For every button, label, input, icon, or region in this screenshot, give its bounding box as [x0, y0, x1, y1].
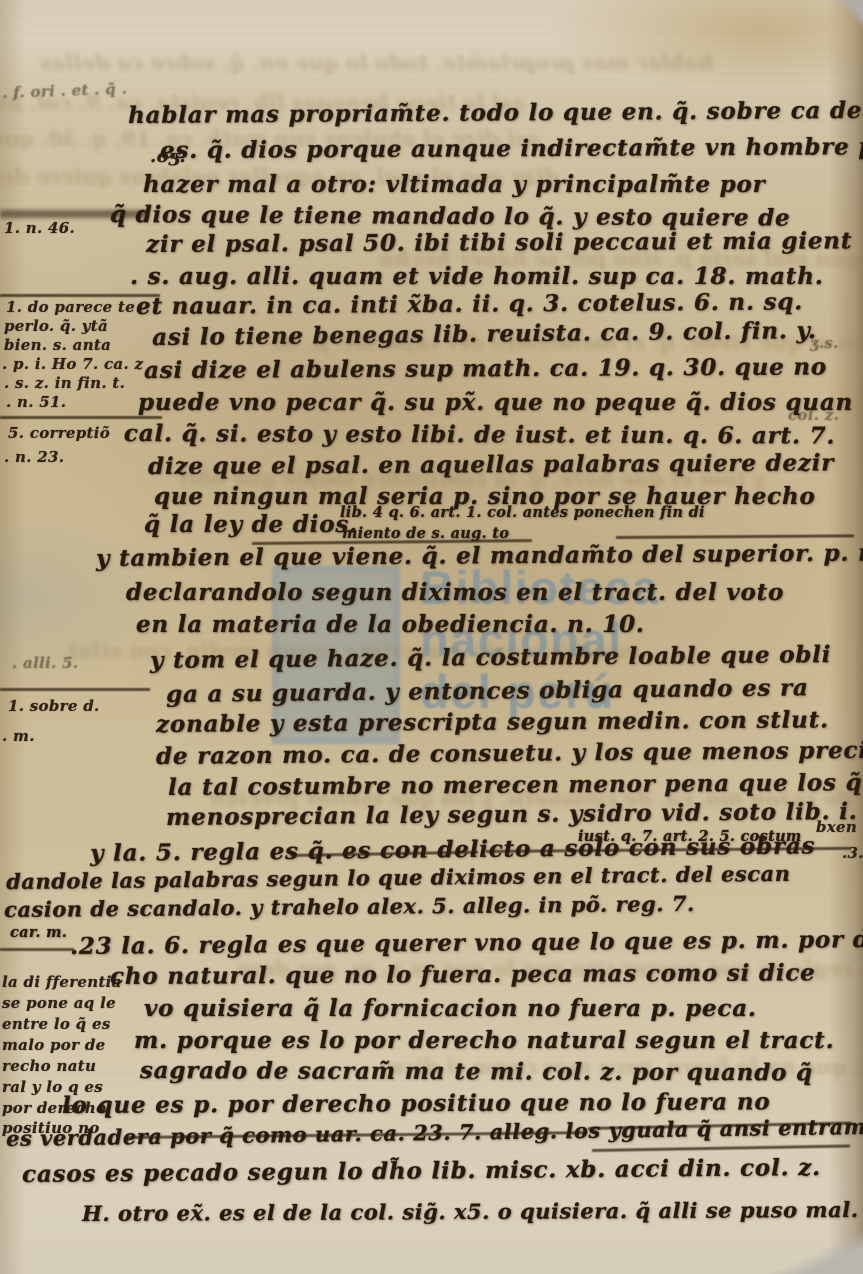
photo-background-corner: [768, 1232, 863, 1274]
margin-note: malo por de: [2, 1038, 105, 1053]
manuscript-line: m. porque es lo por derecho natural segu…: [134, 1029, 834, 1052]
manuscript-line: cal. q̃. si. esto y esto libi. de iust. …: [124, 422, 835, 447]
ink-rule: [592, 1144, 850, 1152]
manuscript-line: dandole las palabras segun lo que diximo…: [6, 863, 791, 892]
manuscript-line: casion de scandalo. y trahelo alex. 5. a…: [4, 893, 695, 920]
manuscript-line: et nauar. in ca. inti x̃ba. ii. q. 3. co…: [136, 290, 803, 318]
manuscript-line: lib. 4 q. 6. art. 1. col. antes ponechen…: [340, 506, 705, 521]
ink-rule: [616, 534, 854, 539]
margin-note: . n. 51.: [6, 395, 66, 410]
margin-note: entre lo q̃ es: [2, 1017, 111, 1032]
manuscript-line: es. q̃. dios porque aunque indirectam̃te…: [160, 135, 863, 162]
manuscript-line: cho natural. que no lo fuera. peca mas c…: [110, 961, 816, 988]
manuscript-line: zonable y esta prescripta segun medin. c…: [156, 708, 829, 736]
manuscript-line: es verdadera por q̃ como uar. ca. 23. 7.…: [6, 1116, 863, 1149]
manuscript-line: q̃ la ley de dios.: [144, 513, 358, 536]
manuscript-line: sagrado de sacram̃ ma te mi. col. z. por…: [140, 1059, 813, 1084]
margin-note: 1. sobre d.: [8, 699, 100, 714]
manuscript-page: Biblioteca nacional del perú hablar mas …: [0, 0, 863, 1274]
margin-note: bien. s. anta: [4, 338, 111, 353]
margin-note: recho natu: [2, 1059, 96, 1074]
bleed-through-text: hablar mas propriam̃te. todo lo que en. …: [40, 52, 713, 73]
ink-rule: [0, 948, 74, 951]
margin-note: 1. n. 46.: [4, 221, 75, 236]
manuscript-line: la tal costumbre no merecen menor pena q…: [168, 771, 863, 799]
manuscript-line: dize que el psal. en aquellas palabras q…: [148, 451, 834, 478]
margin-note: 1. do parece te: [6, 300, 135, 315]
manuscript-line: y tom el que haze. q̃. la costumbre loab…: [150, 643, 831, 672]
ink-rule: [0, 416, 162, 419]
margin-note: se pone aq le: [2, 996, 116, 1011]
margin-note: perlo. q̃. ytã: [4, 319, 108, 334]
margin-note: . n. 23.: [4, 450, 64, 465]
manuscript-line: q̃ dios que le tiene mandado lo q̃. y es…: [110, 203, 791, 230]
manuscript-line: menosprecian la ley segun s. ysidro vid.…: [166, 800, 863, 829]
manuscript-line: ga a su guarda. y entonces obliga quando…: [166, 676, 809, 706]
manuscript-line: declarandolo segun diximos en el tract. …: [126, 581, 784, 604]
manuscript-line: hazer mal a otro: vltimada y principalm̃…: [143, 173, 766, 196]
manuscript-line: hablar mas propriam̃te. todo lo que en. …: [128, 99, 863, 127]
margin-note: . alli. 5.: [12, 656, 78, 671]
manuscript-line: H. otro ex̃. es el de la col. sig̃. x5. …: [82, 1199, 859, 1224]
manuscript-line: . s. aug. alli. quam et vide homil. sup …: [130, 265, 824, 288]
manuscript-line: zir el psal. psal 50. ibi tibi soli pecc…: [146, 229, 852, 256]
margin-note: . s. z. in fin. t.: [4, 376, 125, 391]
margin-note: . p. i. Ho 7. ca. z: [2, 357, 143, 372]
manuscript-line: lo que es p. por derecho positiuo que no…: [62, 1090, 771, 1117]
manuscript-line: car. m.: [10, 926, 67, 941]
manuscript-line: casos es pecado segun lo dh̃o lib. misc.…: [22, 1156, 821, 1186]
manuscript-line: vo quisiera q̃ la fornicacion no fuera p…: [144, 997, 757, 1020]
margin-note: 5. correptiõ: [8, 426, 110, 441]
manuscript-line: puede vno pecar q̃. su px̃. que no peque…: [138, 391, 853, 414]
ink-rule: [0, 688, 150, 691]
manuscript-line: y la. 5. regla es q̃. es con delicto a s…: [90, 834, 815, 865]
manuscript-line: asi dize el abulens sup math. ca. 19. q.…: [144, 355, 827, 382]
photo-background-corner: [837, 0, 863, 30]
manuscript-line: .23 la. 6. regla es que querer vno que l…: [70, 928, 863, 958]
margin-note: . m.: [2, 729, 35, 744]
margin-scribble: . f. ori . et . q̃ .: [2, 82, 127, 101]
manuscript-line: de razon mo. ca. de consuetu. y los que …: [156, 738, 863, 768]
manuscript-line: asi lo tiene benegas lib. reuista. ca. 9…: [152, 319, 817, 349]
manuscript-line: y tambien el que viene. q̃. el mandam̃to…: [96, 541, 863, 570]
margin-note: la di fferentia: [2, 975, 122, 990]
manuscript-line: en la materia de la obediencia. n. 10.: [136, 613, 645, 636]
